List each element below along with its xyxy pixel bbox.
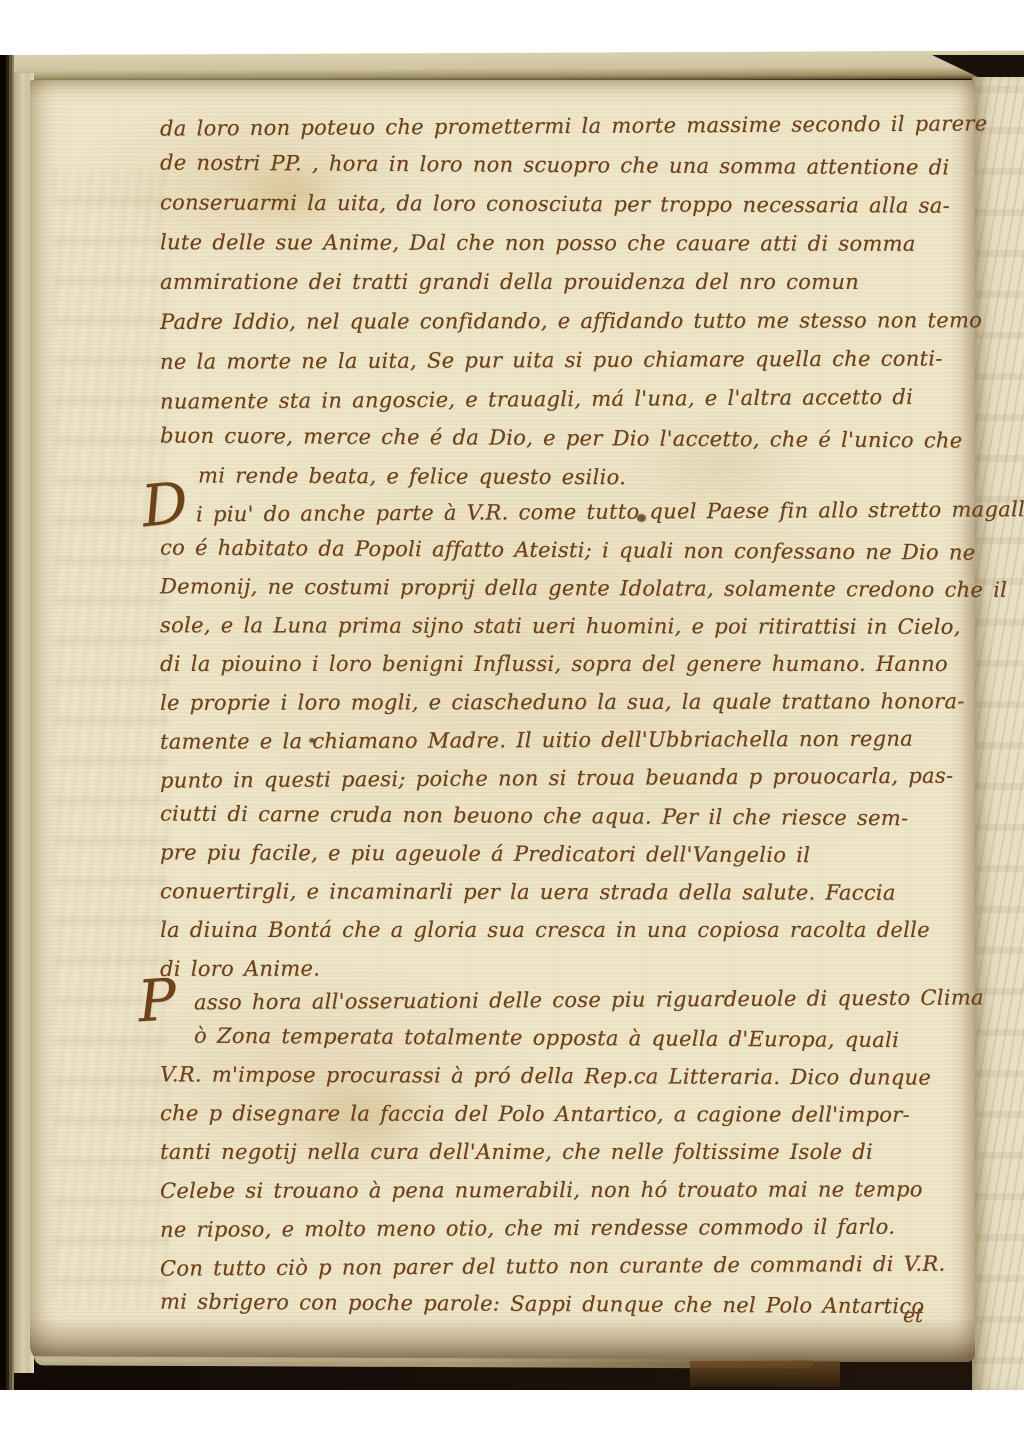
paragraph: Di piu' do anche parte à V.R. come tutto… bbox=[160, 493, 972, 987]
manuscript-line: che p disegnare la faccia del Polo Antar… bbox=[160, 1094, 972, 1134]
ink-showthrough bbox=[54, 170, 169, 1310]
manuscript-line: mi sbrigero con poche parole: Sappi dunq… bbox=[160, 1282, 972, 1325]
book-binding-edge bbox=[0, 55, 14, 1390]
manuscript-line: Con tutto ciò p non parer del tutto non … bbox=[160, 1244, 972, 1287]
manuscript-line: ciutti di carne cruda non beuono che aqu… bbox=[160, 794, 972, 837]
manuscript-line: di la piouino i loro benigni Influssi, s… bbox=[160, 645, 972, 683]
manuscript-line: V.R. m'impose procurassi à pró della Rep… bbox=[160, 1055, 972, 1096]
paragraph: da loro non poteuo che promettermi la mo… bbox=[160, 107, 972, 497]
manuscript-line: nuamente sta in angoscie, e trauagli, má… bbox=[160, 377, 972, 421]
manuscript-line: ne la morte ne la uita, Se pur uita si p… bbox=[160, 339, 972, 381]
manuscript-line: pre piu facile, e piu ageuole á Predicat… bbox=[160, 833, 972, 874]
manuscript-line: punto in questi paesi; poiche non si tro… bbox=[160, 756, 972, 799]
manuscript-line: sole, e la Luna prima sijno stati ueri h… bbox=[160, 606, 972, 646]
facing-page-edge bbox=[972, 77, 1024, 1390]
manuscript-line: ammiratione dei tratti grandi della prou… bbox=[160, 263, 972, 302]
manuscript-line: tamente e la chiamano Madre. Il uitio de… bbox=[160, 719, 972, 760]
manuscript-line: le proprie i loro mogli, e ciascheduno l… bbox=[160, 682, 972, 722]
manuscript-line: ò Zona temperata totalmente opposta à qu… bbox=[194, 1017, 972, 1060]
manuscript-line: lute delle sue Anime, Dal che non posso … bbox=[160, 223, 972, 264]
manuscript-line: co é habitato da Popoli affatto Ateisti;… bbox=[160, 528, 972, 571]
manuscript-line: la diuina Bontá che a gloria sua cresca … bbox=[160, 911, 972, 949]
manuscript-line: ne riposo, e molto meno otio, che mi ren… bbox=[160, 1207, 972, 1248]
manuscript-line: tanti negotij nella cura dell'Anime, che… bbox=[160, 1133, 972, 1171]
manuscript-text: da loro non poteuo che promettermi la mo… bbox=[160, 55, 972, 1390]
manuscript-line: Celebe si trouano à pena numerabili, non… bbox=[160, 1170, 972, 1210]
manuscript-line: conuertirgli, e incaminarli per la uera … bbox=[160, 872, 972, 912]
scanned-book-page: da loro non poteuo che promettermi la mo… bbox=[0, 55, 1024, 1390]
manuscript-line: asso hora all'osseruationi delle cose pi… bbox=[160, 978, 972, 1021]
catchword: et bbox=[903, 1303, 923, 1327]
manuscript-scan-screenshot: { "page": { "kind": "handwritten manuscr… bbox=[0, 0, 1024, 1448]
manuscript-line: buon cuore, merce che é da Dio, e per Di… bbox=[160, 416, 972, 460]
manuscript-line: Padre Iddio, nel quale confidando, e aff… bbox=[160, 301, 972, 342]
manuscript-line: Demonij, ne costumi proprij della gente … bbox=[160, 567, 972, 608]
manuscript-line: da loro non poteuo che promettermi la mo… bbox=[160, 104, 972, 148]
manuscript-line: conseruarmi la uita, da loro conosciuta … bbox=[160, 183, 972, 225]
manuscript-line: i piu' do anche parte à V.R. come tutto … bbox=[160, 490, 972, 533]
paragraph: Passo hora all'osseruationi delle cose p… bbox=[160, 981, 972, 1323]
manuscript-line: de nostri PP. , hora in loro non scuopro… bbox=[160, 143, 972, 187]
